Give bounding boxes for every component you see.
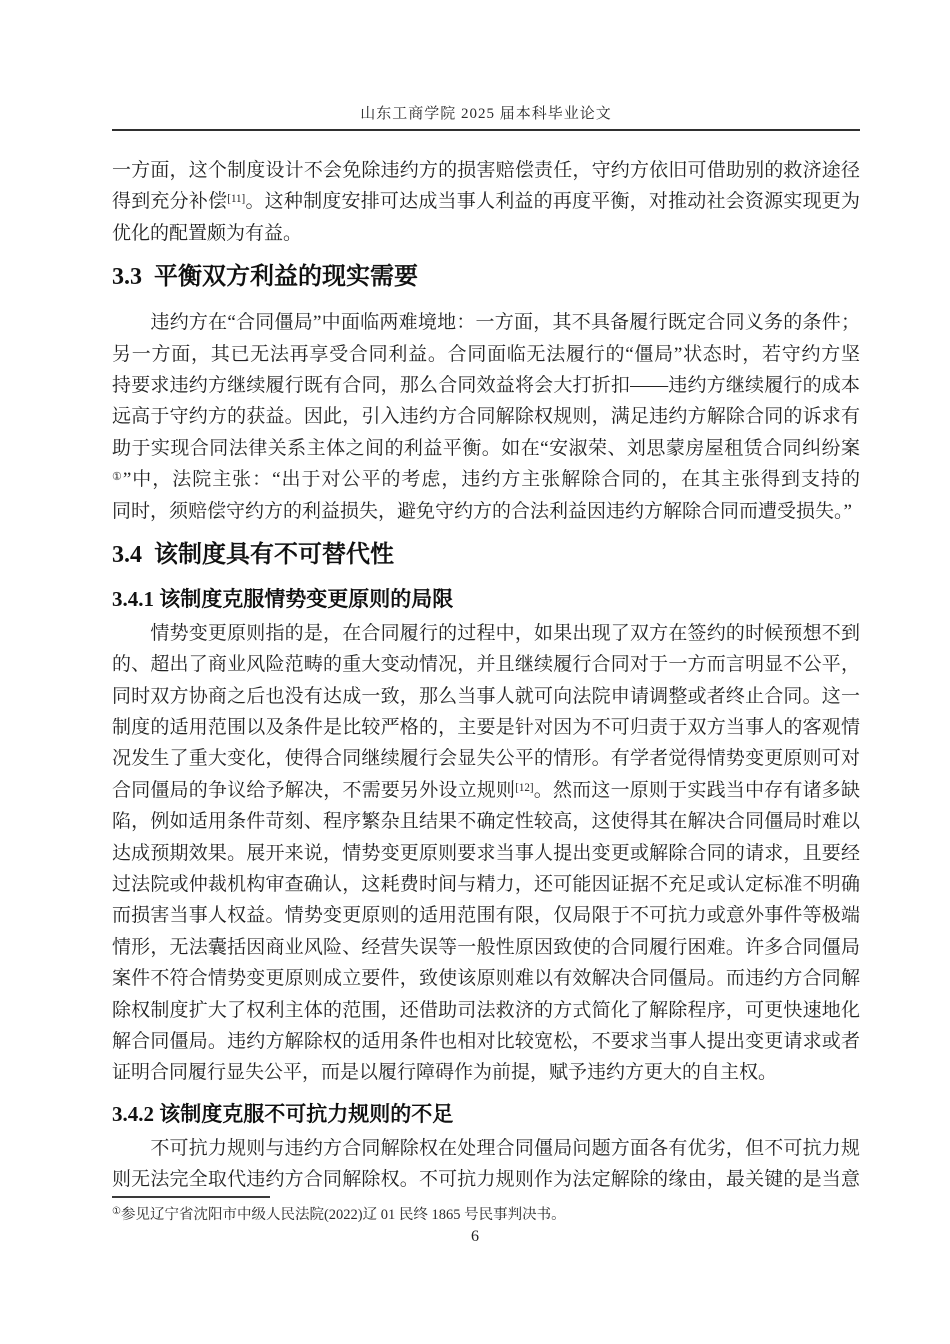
text-run: 远高于守约方的获益。因此，引入违约方合同解除权规则，满足违约方解除合同的诉求有	[112, 406, 860, 427]
footnote-superscript: ①	[112, 471, 123, 483]
text-line: 案件不符合情势变更原则成立要件，致使该原则难以有效解决合同僵局。而违约方合同解	[112, 963, 860, 994]
citation-superscript: [11]	[227, 193, 245, 205]
section-heading: 3.3 平衡双方利益的现实需要	[112, 261, 860, 293]
section-heading: 3.4.2 该制度克服不可抗力规则的不足	[112, 1100, 860, 1128]
text-line: 除权制度扩大了权利主体的范围，还借助司法救济的方式简化了解除程序，可更快速地化	[112, 995, 860, 1026]
text-line: 违约方在“合同僵局”中面临两难境地：一方面，其不具备履行既定合同义务的条件；	[112, 307, 860, 338]
text-line: 情势变更原则指的是，在合同履行的过程中，如果出现了双方在签约的时候预想不到	[112, 618, 860, 649]
text-line: 合同僵局的争议给予解决，不需要另外设立规则[12]。然而这一原则于实践当中存有诸…	[112, 775, 860, 806]
text-run: 违约方在“合同僵局”中面临两难境地：一方面，其不具备履行既定合同义务的条件；	[112, 312, 860, 333]
footnote-marker: ①	[112, 1206, 121, 1217]
text-run: 制度的适用范围以及条件是比较严格的，主要是针对因为不可归责于双方当事人的客观情	[112, 717, 860, 738]
footnote-area: ①参见辽宁省沈阳市中级人民法院(2022)辽 01 民终 1865 号民事判决书…	[112, 1196, 860, 1225]
text-run: 而损害当事人权益。情势变更原则的适用范围有限，仅局限于不可抗力或意外事件等极端	[112, 905, 860, 926]
text-line: 持要求违约方继续履行既有合同，那么合同效益将会大打折扣——违约方继续履行的成本	[112, 370, 860, 401]
text-line: 解合同僵局。违约方解除权的适用条件也相对比较宽松，不要求当事人提出变更请求或者	[112, 1026, 860, 1057]
text-run: 优化的配置颇为有益。	[112, 223, 302, 244]
text-line: 制度的适用范围以及条件是比较严格的，主要是针对因为不可归责于双方当事人的客观情	[112, 712, 860, 743]
footnote-separator	[112, 1196, 270, 1198]
text-run: 情势变更原则指的是，在合同履行的过程中，如果出现了双方在签约的时候预想不到	[112, 623, 860, 644]
text-run: 况发生了重大变化，使得合同继续履行会显失公平的情形。有学者觉得情势变更原则可对	[112, 748, 860, 769]
paragraph: 情势变更原则指的是，在合同履行的过程中，如果出现了双方在签约的时候预想不到的、超…	[112, 618, 860, 1089]
text-line: 的、超出了商业风险范畴的重大变动情况，并且继续履行合同对于一方而言明显不公平，	[112, 649, 860, 680]
text-line: 而损害当事人权益。情势变更原则的适用范围有限，仅局限于不可抗力或意外事件等极端	[112, 900, 860, 931]
text-run: 达成预期效果。展开来说，情势变更原则要求当事人提出变更或解除合同的请求，且要经	[112, 843, 860, 864]
text-run: 一方面，这个制度设计不会免除违约方的损害赔偿责任，守约方依旧可借助别的救济途径	[112, 160, 860, 181]
text-line: 助于实现合同法律关系主体之间的利益平衡。如在“安淑荣、刘思蒙房屋租赁合同纠纷案	[112, 433, 860, 464]
text-run: 情形，无法囊括因商业风险、经营失误等一般性原因致使的合同履行困难。许多合同僵局	[112, 937, 860, 958]
text-line: 另一方面，其已无法再享受合同利益。合同面临无法履行的“僵局”状态时，若守约方坚	[112, 339, 860, 370]
page-header: 山东工商学院 2025 届本科毕业论文	[112, 0, 860, 131]
paragraph: 一方面，这个制度设计不会免除违约方的损害赔偿责任，守约方依旧可借助别的救济途径得…	[112, 155, 860, 249]
text-run: 案件不符合情势变更原则成立要件，致使该原则难以有效解决合同僵局。而违约方合同解	[112, 968, 860, 989]
paragraph: 不可抗力规则与违约方合同解除权在处理合同僵局问题方面各有优劣，但不可抗力规则无法…	[112, 1133, 860, 1196]
text-run: 合同僵局的争议给予解决，不需要另外设立规则	[112, 780, 515, 801]
text-run: 除权制度扩大了权利主体的范围，还借助司法救济的方式简化了解除程序，可更快速地化	[112, 1000, 860, 1021]
text-run: ”中，法院主张：“出于对公平的考虑，违约方主张解除合同的，在其主张得到支持的	[123, 469, 860, 490]
section-heading: 3.4.1 该制度克服情势变更原则的局限	[112, 585, 860, 613]
page-number: 6	[0, 1228, 950, 1246]
section-heading: 3.4 该制度具有不可替代性	[112, 539, 860, 571]
footnote: ①参见辽宁省沈阳市中级人民法院(2022)辽 01 民终 1865 号民事判决书…	[112, 1205, 860, 1225]
text-line: 情形，无法囊括因商业风险、经营失误等一般性原因致使的合同履行困难。许多合同僵局	[112, 932, 860, 963]
text-run: 得到充分补偿	[112, 191, 227, 212]
text-run: 助于实现合同法律关系主体之间的利益平衡。如在“安淑荣、刘思蒙房屋租赁合同纠纷案	[112, 438, 860, 459]
text-line: 则无法完全取代违约方合同解除权。不可抗力规则作为法定解除的缘由，最关键的是当意	[112, 1164, 860, 1195]
text-line: ①”中，法院主张：“出于对公平的考虑，违约方主张解除合同的，在其主张得到支持的	[112, 464, 860, 495]
text-line: 况发生了重大变化，使得合同继续履行会显失公平的情形。有学者觉得情势变更原则可对	[112, 743, 860, 774]
text-line: 不可抗力规则与违约方合同解除权在处理合同僵局问题方面各有优劣，但不可抗力规	[112, 1133, 860, 1164]
text-run: 则无法完全取代违约方合同解除权。不可抗力规则作为法定解除的缘由，最关键的是当意	[112, 1169, 860, 1190]
text-line: 达成预期效果。展开来说，情势变更原则要求当事人提出变更或解除合同的请求，且要经	[112, 838, 860, 869]
text-run: 持要求违约方继续履行既有合同，那么合同效益将会大打折扣——违约方继续履行的成本	[112, 375, 860, 396]
thesis-page: 山东工商学院 2025 届本科毕业论文 一方面，这个制度设计不会免除违约方的损害…	[0, 0, 950, 1344]
text-line: 证明合同履行显失公平，而是以履行障碍作为前提，赋予违约方更大的自主权。	[112, 1057, 860, 1088]
text-run: 的、超出了商业风险范畴的重大变动情况，并且继续履行合同对于一方而言明显不公平，	[112, 654, 860, 675]
text-run: 陷，例如适用条件苛刻、程序繁杂且结果不确定性较高，这使得其在解决合同僵局时难以	[112, 811, 860, 832]
text-run: 。然而这一原则于实践当中存有诸多缺	[534, 780, 860, 801]
footnote-text: 参见辽宁省沈阳市中级人民法院(2022)辽 01 民终 1865 号民事判决书。	[121, 1207, 566, 1223]
text-line: 同时，须赔偿守约方的利益损失，避免守约方的合法利益因违约方解除合同而遭受损失。”	[112, 496, 860, 527]
text-run: 证明合同履行显失公平，而是以履行障碍作为前提，赋予违约方更大的自主权。	[112, 1062, 777, 1083]
text-run: 不可抗力规则与违约方合同解除权在处理合同僵局问题方面各有优劣，但不可抗力规	[112, 1138, 860, 1159]
text-line: 陷，例如适用条件苛刻、程序繁杂且结果不确定性较高，这使得其在解决合同僵局时难以	[112, 806, 860, 837]
text-line: 得到充分补偿[11]。这种制度安排可达成当事人利益的再度平衡，对推动社会资源实现…	[112, 186, 860, 217]
text-line: 优化的配置颇为有益。	[112, 218, 860, 249]
text-line: 过法院或仲裁机构审查确认，这耗费时间与精力，还可能因证据不充足或认定标准不明确	[112, 869, 860, 900]
text-run: 另一方面，其已无法再享受合同利益。合同面临无法履行的“僵局”状态时，若守约方坚	[112, 344, 860, 365]
citation-superscript: [12]	[515, 782, 533, 794]
document-body: 一方面，这个制度设计不会免除违约方的损害赔偿责任，守约方依旧可借助别的救济途径得…	[112, 155, 860, 1196]
text-run: 过法院或仲裁机构审查确认，这耗费时间与精力，还可能因证据不充足或认定标准不明确	[112, 874, 860, 895]
text-line: 一方面，这个制度设计不会免除违约方的损害赔偿责任，守约方依旧可借助别的救济途径	[112, 155, 860, 186]
text-run: 同时，须赔偿守约方的利益损失，避免守约方的合法利益因违约方解除合同而遭受损失。”	[112, 501, 852, 522]
text-run: 解合同僵局。违约方解除权的适用条件也相对比较宽松，不要求当事人提出变更请求或者	[112, 1031, 860, 1052]
text-line: 同时双方协商之后也没有达成一致，那么当事人就可向法院申请调整或者终止合同。这一	[112, 681, 860, 712]
text-run: 同时双方协商之后也没有达成一致，那么当事人就可向法院申请调整或者终止合同。这一	[112, 686, 860, 707]
text-run: 。这种制度安排可达成当事人利益的再度平衡，对推动社会资源实现更为	[245, 191, 860, 212]
paragraph: 违约方在“合同僵局”中面临两难境地：一方面，其不具备履行既定合同义务的条件；另一…	[112, 307, 860, 527]
header-title: 山东工商学院 2025 届本科毕业论文	[112, 104, 860, 124]
text-line: 远高于守约方的获益。因此，引入违约方合同解除权规则，满足违约方解除合同的诉求有	[112, 401, 860, 432]
